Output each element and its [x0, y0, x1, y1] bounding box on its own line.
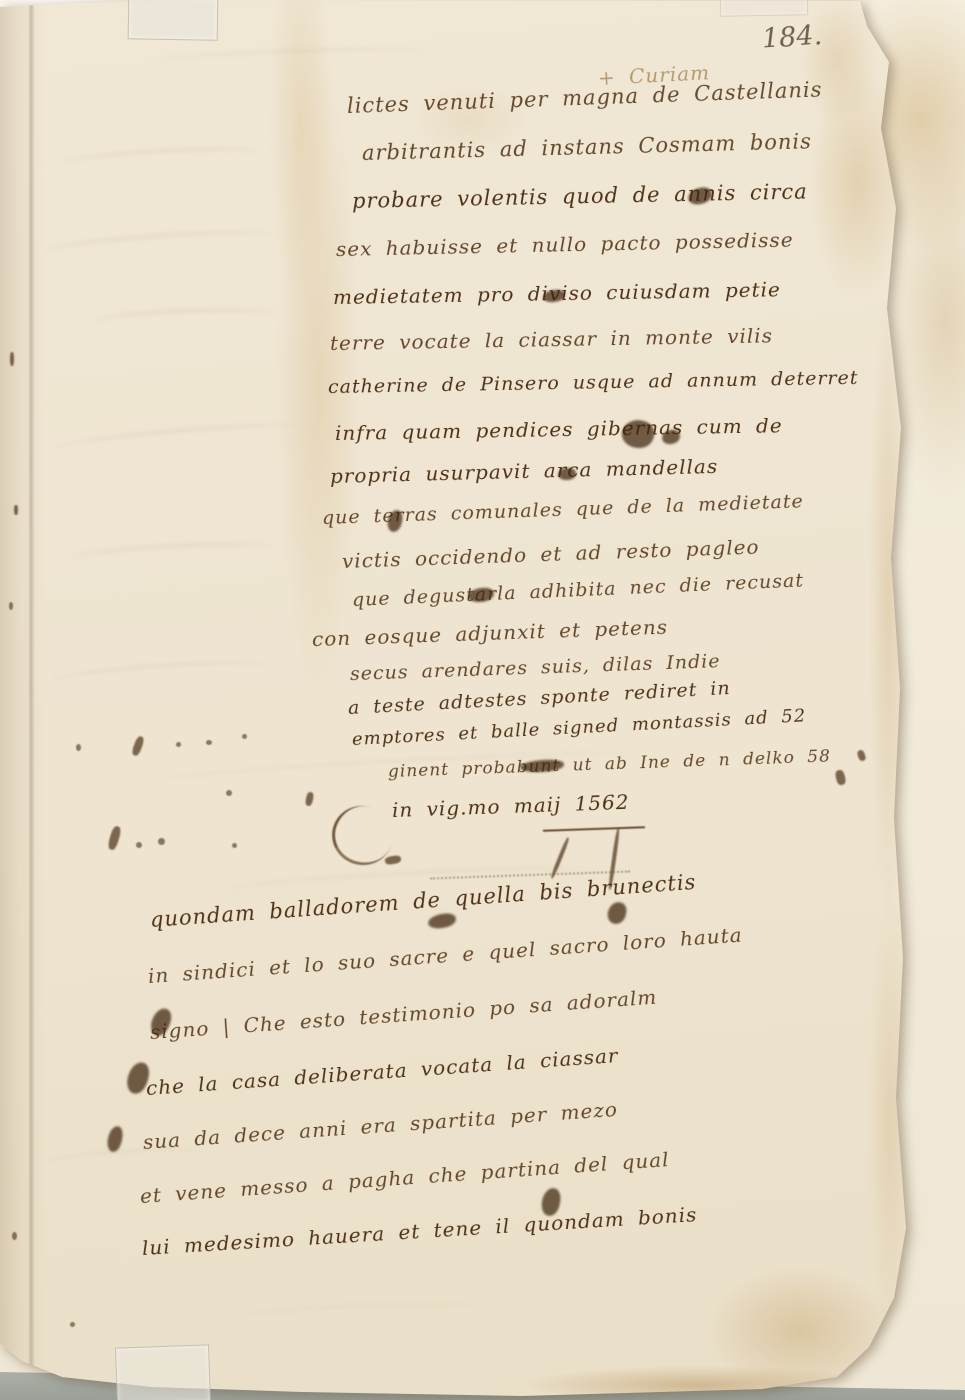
ink-speck	[226, 790, 232, 796]
binding-speck	[12, 1232, 17, 1240]
tape-bottom	[115, 1344, 211, 1400]
ink-speck	[242, 734, 247, 739]
tape-top-middle	[720, 0, 808, 17]
ink-speck	[206, 740, 212, 745]
manuscript-photo: 184. + Curiam lictes venuti per magna de…	[0, 0, 965, 1400]
binding-speck	[70, 1322, 75, 1327]
folio-number: 184.	[761, 20, 823, 55]
ink-speck	[176, 742, 181, 747]
binding-speck	[14, 505, 18, 515]
ink-speck	[76, 744, 81, 751]
ink-blot	[558, 468, 576, 480]
binding-speck	[9, 602, 13, 610]
binding-speck	[10, 352, 14, 366]
ink-speck	[158, 838, 165, 845]
ink-speck	[136, 842, 142, 848]
tape-top-left	[128, 0, 219, 41]
ink-speck	[232, 843, 237, 848]
